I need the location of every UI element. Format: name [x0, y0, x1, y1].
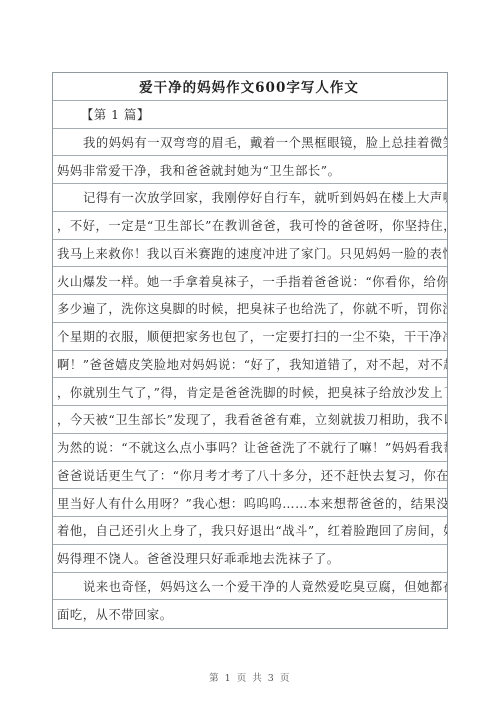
essay-line: 面吃，从不带回家。 — [53, 600, 447, 628]
essay-line: ，不好，一定是“卫生部长”在教训爸爸，我可怜的爸爸呀，你坚持住， — [53, 212, 447, 240]
essay-line: 火山爆发一样。她一手拿着臭袜子，一手指着爸爸说：“你看你，给你说 — [53, 267, 447, 295]
essay-line: ，你就别生气了，”得，肯定是爸爸洗脚的时候，把臭袜子给放沙发上了 — [53, 378, 447, 406]
essay-line: 着他，自己还引火上身了，我只好退出“战斗”，红着脸跑回了房间，妈 — [53, 517, 447, 545]
section-heading: 【第 1 篇】 — [53, 101, 447, 129]
essay-line: 个星期的衣服，顺便把家务也包了，一定要打扫的一尘不染，干干净净的 — [53, 323, 447, 351]
essay-line: 啊！”爸爸嬉皮笑脸地对妈妈说：“好了，我知道错了，对不起，对不起 — [53, 351, 447, 379]
essay-line: 记得有一次放学回家，我刚停好自行车，就听到妈妈在楼上大声喊叫 — [53, 184, 447, 212]
essay-line: 我的妈妈有一双弯弯的眉毛，戴着一个黑框眼镜，脸上总挂着微笑。 — [53, 129, 447, 157]
essay-line: 我马上来救你！我以百米赛跑的速度冲进了家门。只见妈妈一脸的表情像 — [53, 240, 447, 268]
essay-line: 为然的说：“不就这么点小事吗？让爸爸洗了不就行了嘛！”妈妈看我帮 — [53, 434, 447, 462]
essay-title: 爱干净的妈妈作文600字写人作文 — [53, 73, 447, 101]
page-indicator: 第 1 页 共 3 页 — [0, 670, 500, 684]
essay-line: 里当好人有什么用呀？”我心想：呜呜呜……本来想帮爸爸的，结果没帮 — [53, 489, 447, 517]
essay-line: 妈得理不饶人。爸爸没理只好乖乖地去洗袜子了。 — [53, 545, 447, 573]
essay-line: ，今天被“卫生部长”发现了，我看爸爸有难，立刻就拔刀相助，我不以 — [53, 406, 447, 434]
document-page: 爱干净的妈妈作文600字写人作文 【第 1 篇】 我的妈妈有一双弯弯的眉毛，戴着… — [0, 0, 500, 708]
essay-line: 妈妈非常爱干净，我和爸爸就封她为“卫生部长”。 — [53, 156, 447, 184]
essay-line: 爸爸说话更生气了：“你月考才考了八十多分，还不赶快去复习，你在这 — [53, 462, 447, 490]
essay-line: 多少遍了，洗你这臭脚的时候，把臭袜子也给洗了，你就不听，罚你洗一 — [53, 295, 447, 323]
essay-table: 爱干净的妈妈作文600字写人作文 【第 1 篇】 我的妈妈有一双弯弯的眉毛，戴着… — [52, 72, 448, 629]
essay-line: 说来也奇怪，妈妈这么一个爱干净的人竟然爱吃臭豆腐，但她都在外 — [53, 573, 447, 601]
